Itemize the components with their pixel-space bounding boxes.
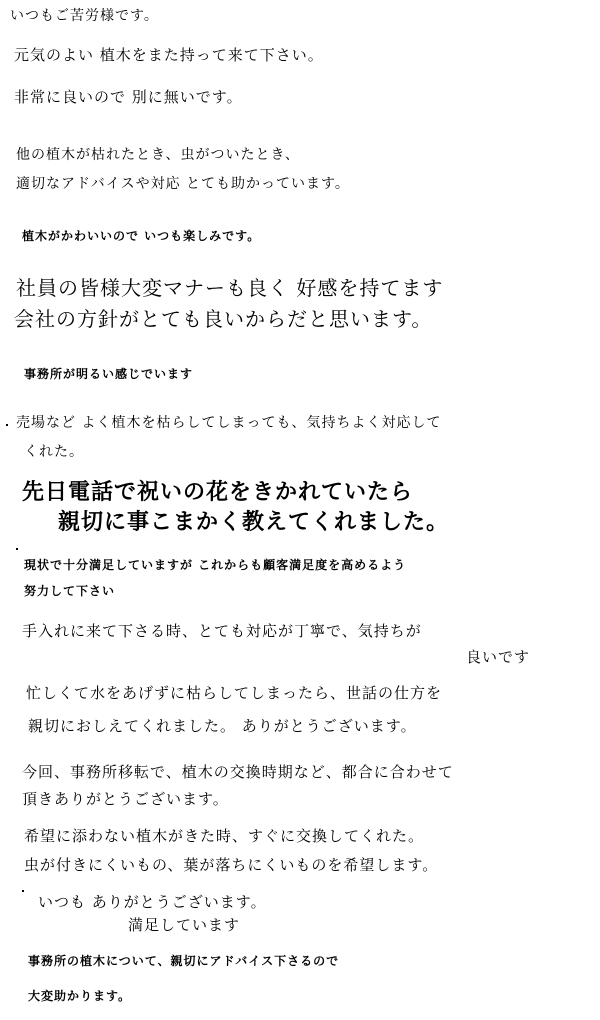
comment-1-line-1: いつもご苦労様です。 bbox=[10, 9, 159, 23]
stray-mark bbox=[22, 890, 24, 892]
comment-14-line-1: 事務所の植木について、親切にアドバイス下さるので bbox=[28, 955, 339, 967]
comment-12-line-1: 希望に添わない植木がきた時、すぐに交換してくれた。 bbox=[24, 829, 424, 844]
comment-4-line-1: 社員の皆様大変マナーも良く 好感を持てます bbox=[16, 278, 443, 298]
scanned-handwritten-page: いつもご苦労様です。 元気のよい 植木をまた持って来て下さい。 非常に良いので … bbox=[0, 0, 600, 1020]
comment-8-line-1: 現状で十分満足していますが これからも顧客満足度を高めるよう bbox=[24, 559, 406, 571]
comment-9-line-2: 良いです bbox=[466, 650, 530, 665]
comment-9-line-1: 手入れに来て下さる時、とても対応が丁寧で、気持ちが bbox=[22, 624, 422, 639]
comment-11-line-2: 頂きありがとうございます。 bbox=[22, 792, 229, 807]
comment-7-line-2: 親切に事こまかく教えてくれました。 bbox=[58, 512, 449, 534]
comment-14-line-2: 大変助かります。 bbox=[28, 990, 131, 1002]
comment-13-line-1: いつも ありがとうございます。 bbox=[38, 895, 267, 910]
comment-10-line-1: 忙しくて水をあげずに枯らしてしまったら、世話の仕方を bbox=[26, 686, 442, 701]
comment-12-line-2: 虫が付きにくいもの、葉が落ちにくいものを希望します。 bbox=[24, 858, 438, 873]
comment-4-line-2: 会社の方針がとても良いからだと思います。 bbox=[14, 309, 432, 329]
comment-8-line-2: 努力して下さい bbox=[24, 585, 115, 597]
comment-7-line-1: 先日電話で祝いの花をきかれていたら bbox=[22, 482, 413, 504]
comment-3-line-1: 植木がかわいいので いつも楽しみです。 bbox=[22, 230, 260, 242]
comment-2-line-2: 適切なアドバイスや対応 とても助かっています。 bbox=[16, 177, 350, 191]
comment-6-line-2: くれた。 bbox=[24, 445, 84, 459]
comment-6-line-1: 売場など よく植木を枯らしてしまっても、気持ちよく対応して bbox=[16, 416, 441, 430]
stray-mark bbox=[16, 548, 18, 550]
comment-2-line-1: 他の植木が枯れたとき、虫がついたとき、 bbox=[16, 148, 300, 162]
comment-5-line-1: 事務所が明るい感じでいます bbox=[24, 368, 193, 380]
comment-10-line-2: 親切におしえてくれました。 ありがとうございます。 bbox=[28, 719, 417, 734]
comment-13-line-2: 満足しています bbox=[128, 918, 240, 933]
comment-1-line-2: 元気のよい 植木をまた持って来て下さい。 bbox=[14, 48, 324, 63]
comment-11-line-1: 今回、事務所移転で、植木の交換時期など、都合に合わせて bbox=[22, 765, 454, 780]
comment-1-line-3: 非常に良いので 別に無いです。 bbox=[14, 90, 243, 105]
stray-mark bbox=[6, 424, 8, 426]
